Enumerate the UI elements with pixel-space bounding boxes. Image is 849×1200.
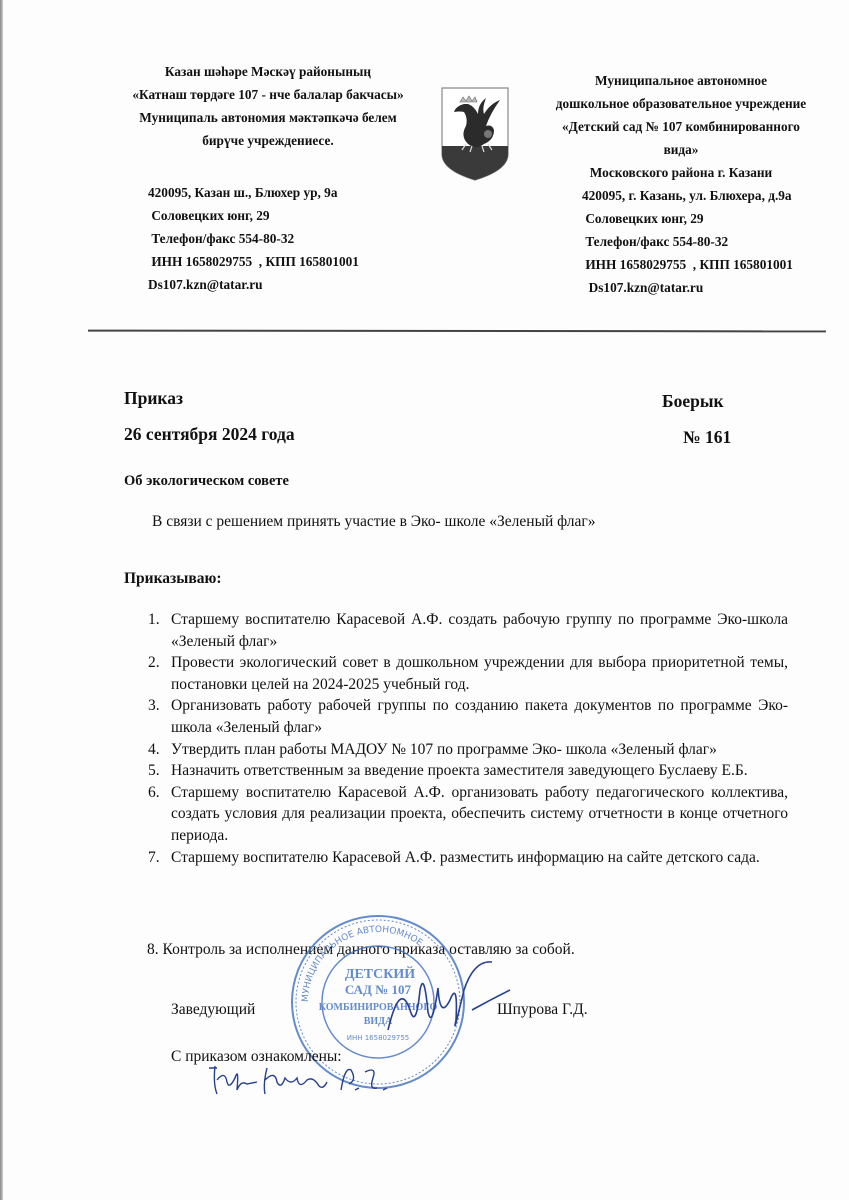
director-signature-icon — [380, 960, 520, 1040]
header-divider — [88, 330, 826, 333]
order-item: 4.Утвердить план работы МАДОУ № 107 по п… — [148, 739, 788, 761]
address-line: Соловецких юнг, 29 — [582, 207, 832, 230]
order-item: 2.Провести экологический совет в дошколь… — [148, 652, 788, 695]
item-number: 2. — [148, 652, 160, 674]
header-left-line: «Катнаш төрдәге 107 - нче балалар бакчас… — [108, 83, 428, 106]
address-line: 420095, г. Казань, ул. Блюхера, д.9а — [582, 184, 832, 207]
signatory-name: Шпурова Г.Д. — [497, 1001, 588, 1019]
document-date: 26 сентября 2024 года — [124, 424, 295, 445]
acknowledgement-signature-icon — [205, 1060, 405, 1100]
email-text: Ds107.kzn@tatar.ru — [582, 276, 832, 299]
email-text: Ds107.kzn@tatar.ru — [148, 273, 428, 296]
item-number: 3. — [148, 695, 160, 717]
order-heading: Приказываю: — [124, 570, 222, 588]
document-type-tt: Боерык — [662, 391, 724, 412]
header-left-line: бирүче учреждениесе. — [108, 129, 428, 152]
header-right-title: Муниципальное автономное дошкольное обра… — [536, 69, 826, 184]
item-number: 7. — [148, 847, 160, 869]
item-text: Старшему воспитателю Карасевой А.Ф. созд… — [171, 611, 788, 650]
scan-edge — [0, 0, 3, 1200]
order-item: 3. Организовать работу рабочей группы по… — [148, 695, 788, 738]
header-left-address: 420095, Казан ш., Блюхер ур, 9а Соловецк… — [148, 181, 428, 296]
preamble: В связи с решением принять участие в Эко… — [152, 513, 596, 531]
header-right-address: 420095, г. Казань, ул. Блюхера, д.9а Сол… — [582, 184, 832, 299]
header-right-line: «Детский сад № 107 комбинированного — [536, 115, 826, 138]
document-subject: Об экологическом совете — [124, 473, 289, 490]
address-line: ИНН 1658029755 , КПП 165801001 — [148, 250, 428, 273]
kazan-coat-of-arms-icon — [438, 84, 512, 182]
header-right-line: вида» — [536, 138, 826, 161]
order-items-list: 1.Старшему воспитателю Карасевой А.Ф. со… — [148, 609, 788, 868]
order-item: 7.Старшему воспитателю Карасевой А.Ф. ра… — [148, 847, 788, 869]
document-type-ru: Приказ — [124, 388, 183, 409]
document-number: № 161 — [683, 427, 731, 448]
address-line: Телефон/факс 554-80-32 — [148, 227, 428, 250]
order-item: 6.Старшему воспитателю Карасевой А.Ф. ор… — [148, 782, 788, 847]
address-line: ИНН 1658029755 , КПП 165801001 — [582, 253, 832, 276]
item-text: Старшему воспитателю Карасевой А.Ф. орга… — [171, 784, 788, 844]
item-text: Назначить ответственным за введение прое… — [171, 762, 748, 779]
header-right-line: дошкольное образовательное учреждение — [536, 92, 826, 115]
header-right-line: Московского района г. Казани — [536, 161, 826, 184]
signatory-role: Заведующий — [171, 1001, 255, 1019]
item-text: Провести экологический совет в дошкольно… — [171, 654, 788, 693]
header-left-line: Муниципаль автономия мәктәпкәчә белем — [108, 106, 428, 129]
item-text: Утвердить план работы МАДОУ № 107 по про… — [171, 741, 717, 758]
header-right-line: Муниципальное автономное — [536, 69, 826, 92]
item-number: 1. — [148, 609, 160, 631]
item-number: 6. — [148, 782, 160, 804]
address-line: Телефон/факс 554-80-32 — [582, 230, 832, 253]
address-line: Соловецких юнг, 29 — [148, 204, 428, 227]
address-line: 420095, Казан ш., Блюхер ур, 9а — [148, 181, 428, 204]
header-left-line: Казан шәһәре Мәскәү районының — [108, 60, 428, 83]
item-number: 4. — [148, 739, 160, 761]
order-item: 1.Старшему воспитателю Карасевой А.Ф. со… — [148, 609, 788, 652]
item-number: 5. — [148, 760, 160, 782]
item-text: Организовать работу рабочей группы по со… — [171, 697, 788, 736]
order-item: 5.Назначить ответственным за введение пр… — [148, 760, 788, 782]
item-text: Старшему воспитателю Карасевой А.Ф. разм… — [171, 849, 760, 866]
header-left-title: Казан шәһәре Мәскәү районының «Катнаш тө… — [108, 60, 428, 152]
